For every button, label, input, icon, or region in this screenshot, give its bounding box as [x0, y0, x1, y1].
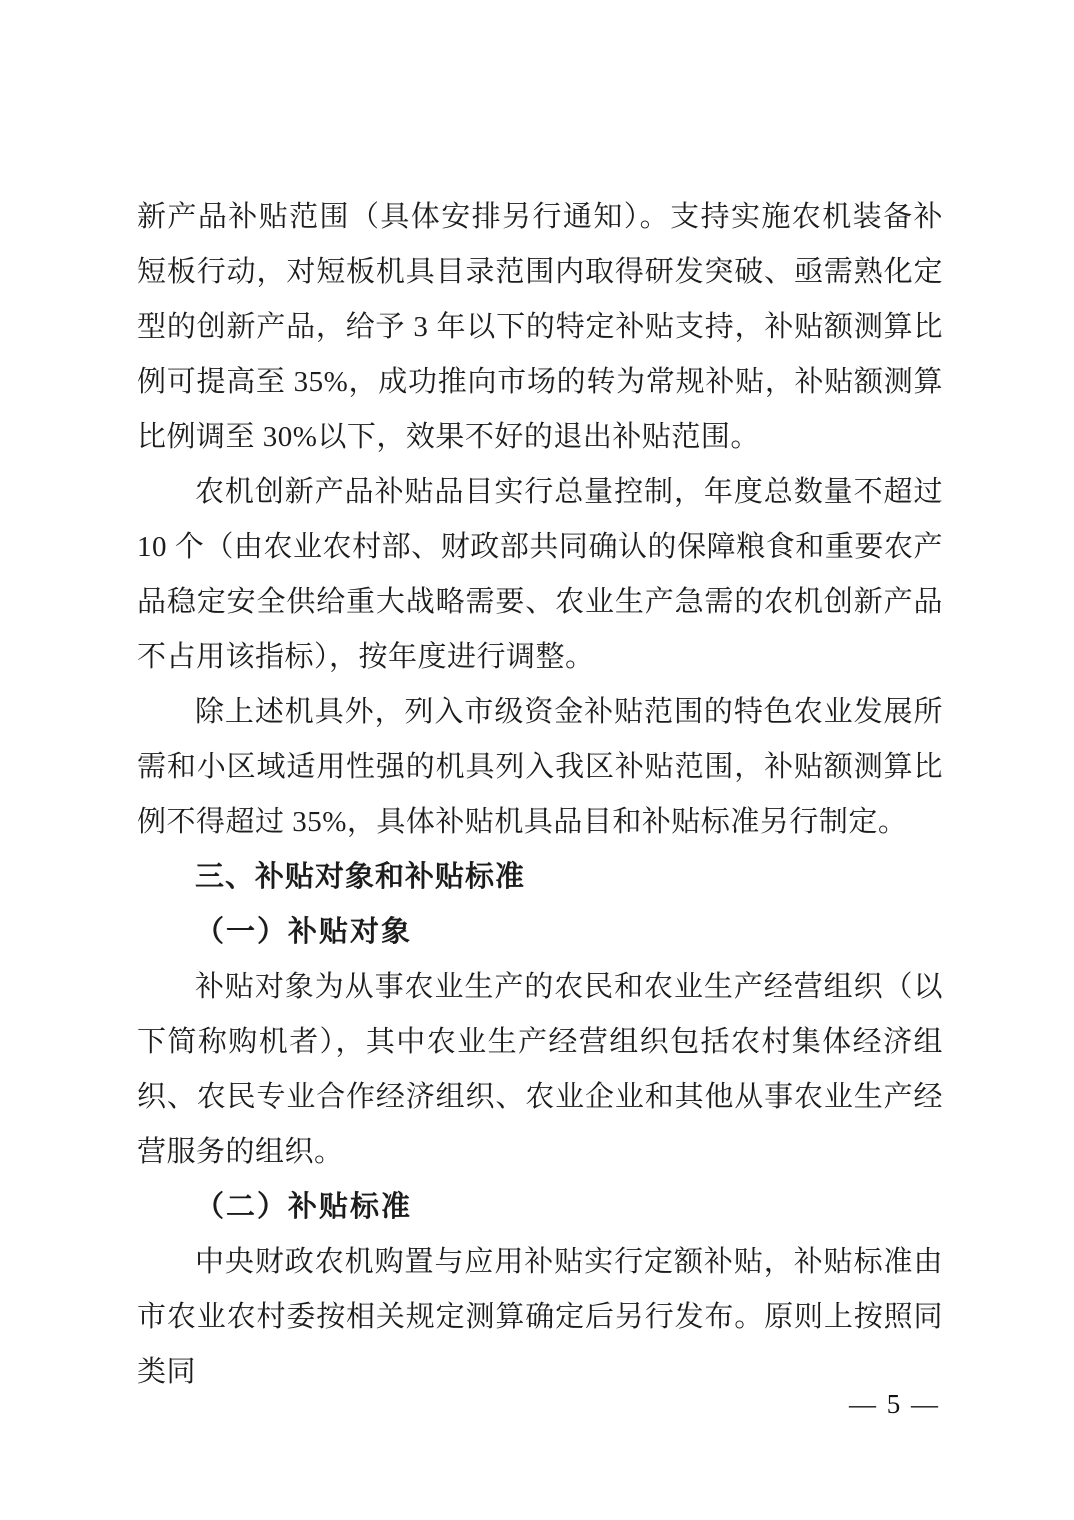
- document-body: 新产品补贴范围（具体安排另行通知）。支持实施农机装备补短板行动，对短板机具目录范…: [137, 190, 943, 1400]
- paragraph-innovation-product-quota: 农机创新产品补贴品目实行总量控制，年度总数量不超过 10 个（由农业农村部、财政…: [137, 465, 943, 685]
- paragraph-new-product-subsidy-scope: 新产品补贴范围（具体安排另行通知）。支持实施农机装备补短板行动，对短板机具目录范…: [137, 190, 943, 465]
- document-page: 新产品补贴范围（具体安排另行通知）。支持实施农机装备补短板行动，对短板机具目录范…: [0, 0, 1074, 1520]
- subsection-heading-subsidy-standards: （二）补贴标准: [137, 1180, 943, 1235]
- paragraph-subsidy-target-definition: 补贴对象为从事农业生产的农民和农业生产经营组织（以下简称购机者），其中农业生产经…: [137, 960, 943, 1180]
- page-number: — 5 —: [849, 1384, 940, 1424]
- paragraph-district-subsidy-scope: 除上述机具外，列入市级资金补贴范围的特色农业发展所需和小区域适用性强的机具列入我…: [137, 685, 943, 850]
- paragraph-subsidy-standard-rules: 中央财政农机购置与应用补贴实行定额补贴，补贴标准由市农业农村委按相关规定测算确定…: [137, 1235, 943, 1400]
- section-heading-subsidy-targets-and-standards: 三、补贴对象和补贴标准: [137, 850, 943, 905]
- subsection-heading-subsidy-targets: （一）补贴对象: [137, 905, 943, 960]
